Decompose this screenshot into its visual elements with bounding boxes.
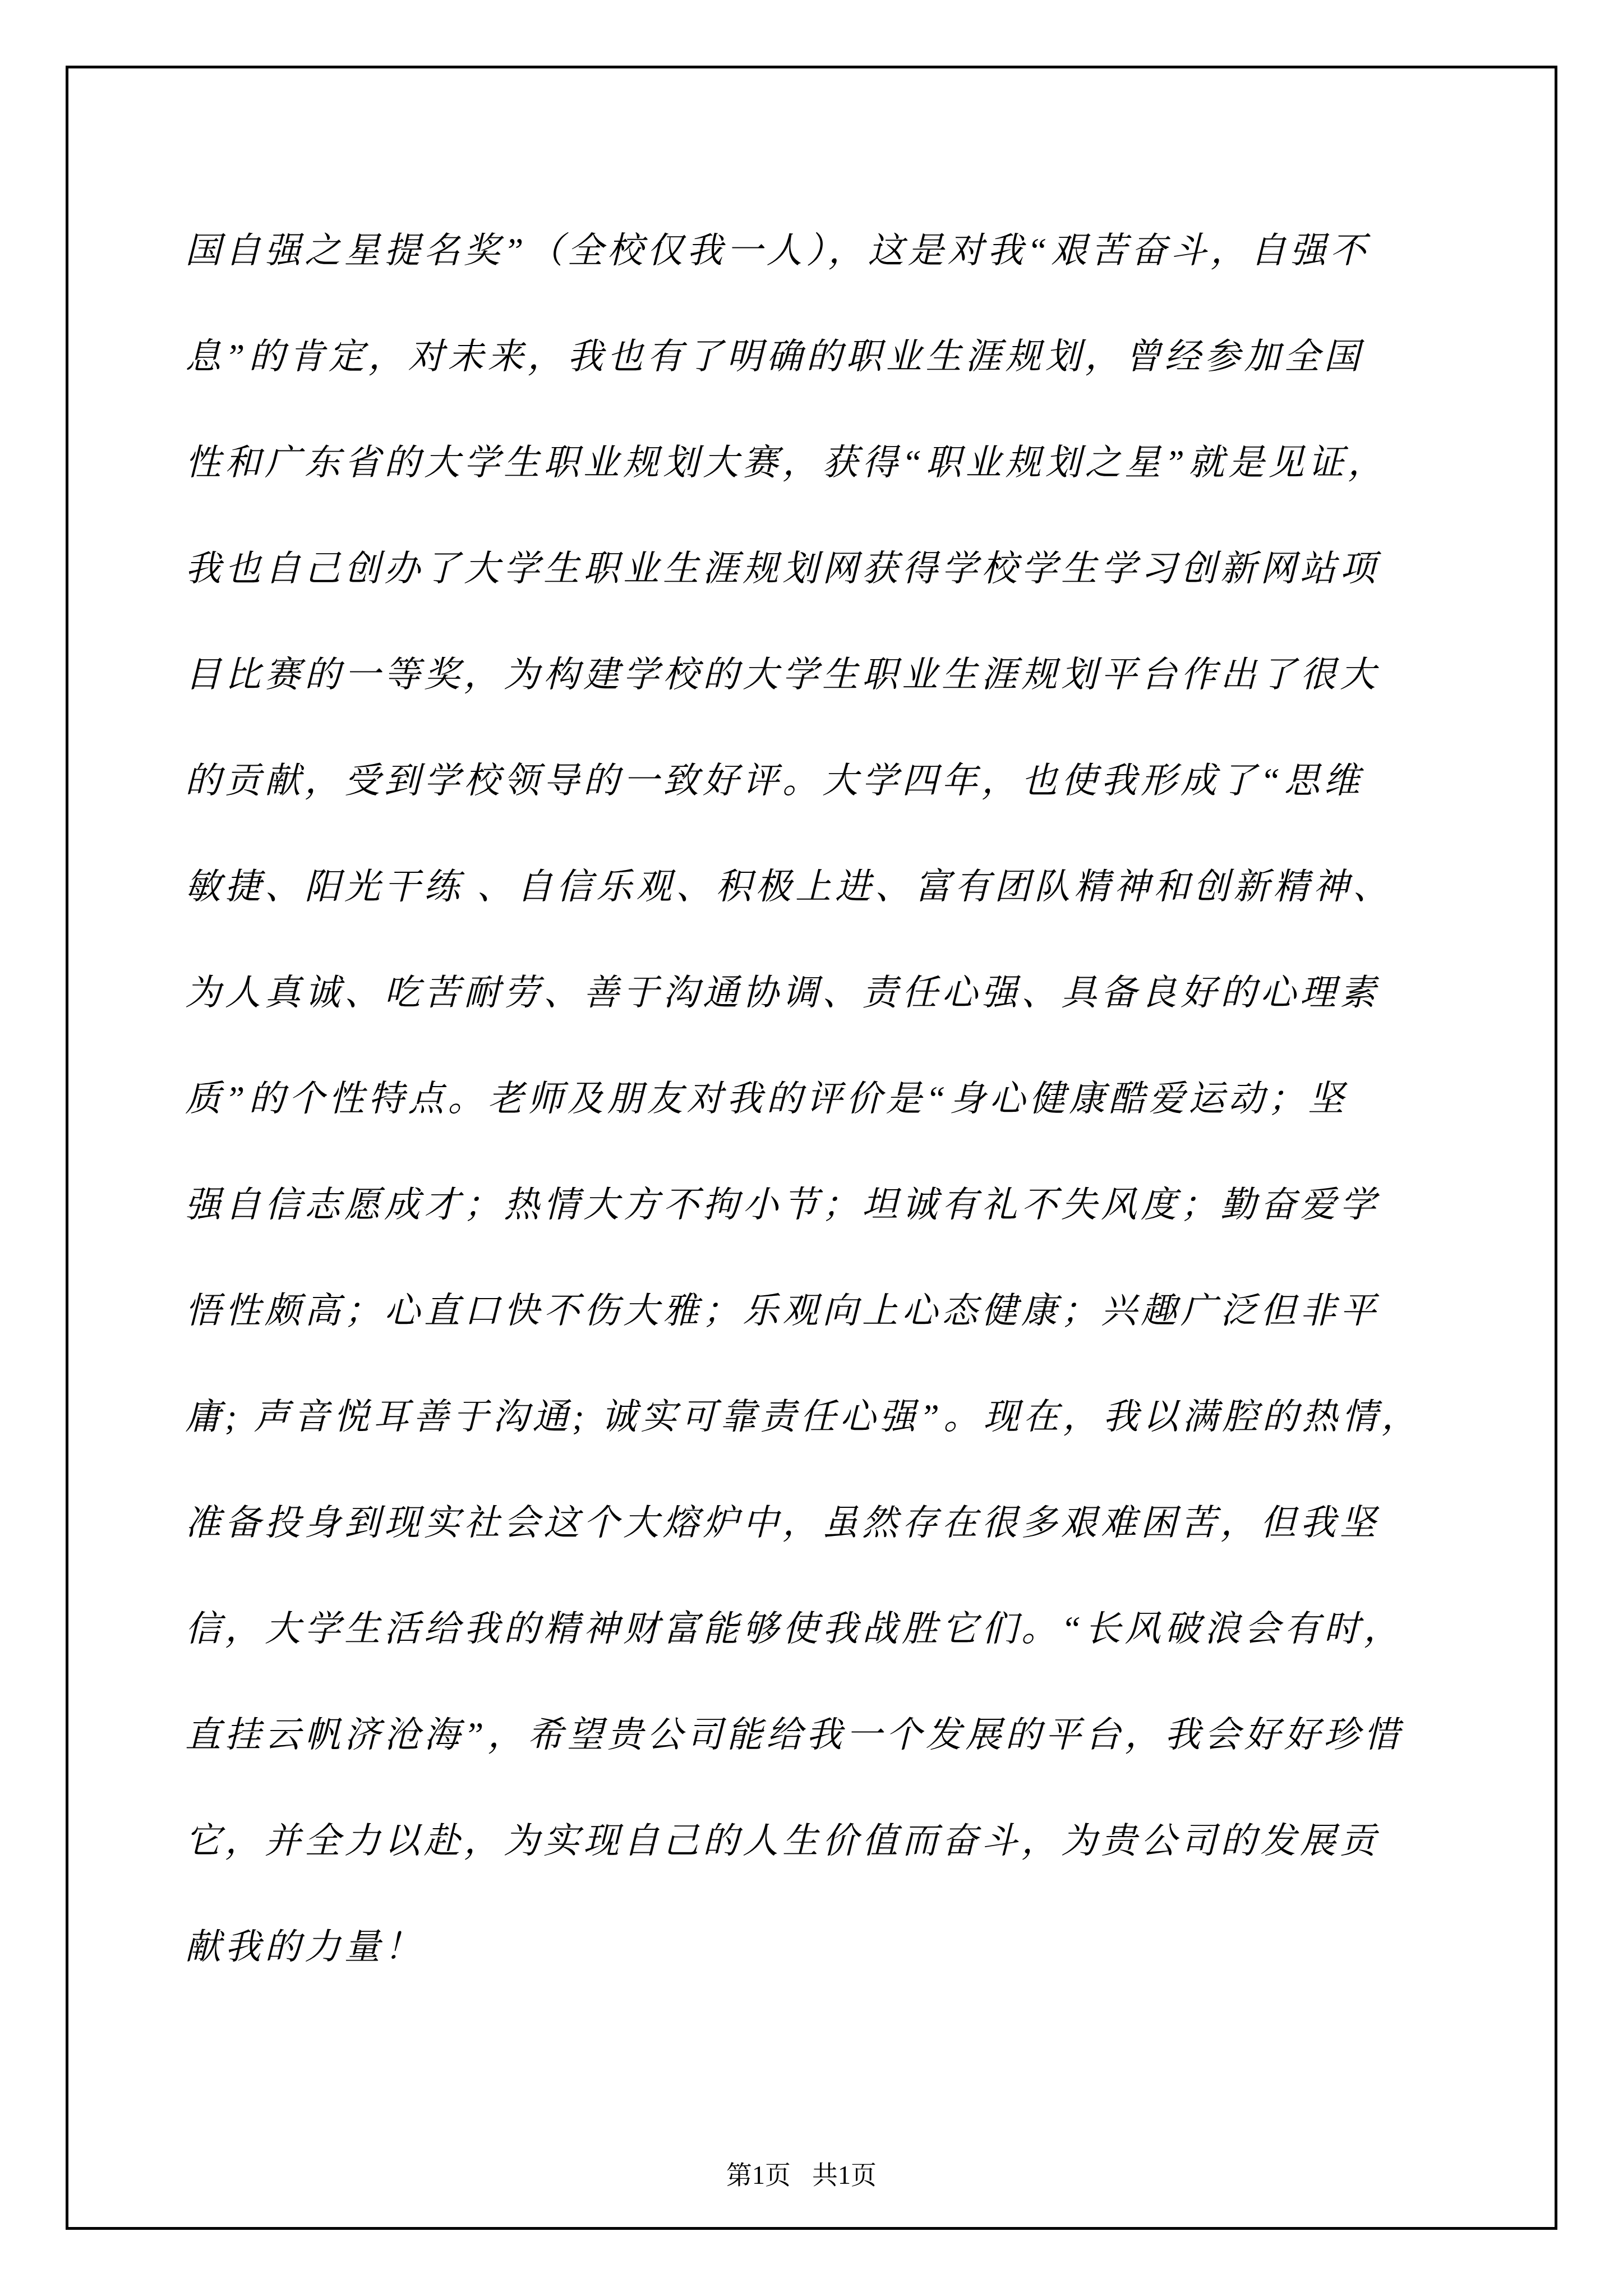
text-line: 性和广东省的大学生职业规划大赛，获得“职业规划之星”就是见证， (185, 409, 1486, 516)
body-text: 国自强之星提名奖”（全校仅我一人），这是对我“艰苦奋斗，自强不 息”的肯定，对未… (185, 197, 1486, 2000)
text-line: 我也自己创办了大学生职业生涯规划网获得学校学生学习创新网站项 (185, 516, 1486, 622)
text-line: 息”的肯定，对未来，我也有了明确的职业生涯规划，曾经参加全国 (185, 303, 1486, 409)
text-line: 庸; 声音悦耳善于沟通; 诚实可靠责任心强”。现在，我以满腔的热情， (185, 1364, 1486, 1470)
text-line: 目比赛的一等奖，为构建学校的大学生职业生涯规划平台作出了很大 (185, 622, 1486, 728)
text-line: 质”的个性特点。老师及朋友对我的评价是“身心健康酷爱运动；坚 (185, 1046, 1486, 1152)
text-line: 准备投身到现实社会这个大熔炉中，虽然存在很多艰难困苦，但我坚 (185, 1470, 1486, 1576)
text-line: 它，并全力以赴，为实现自己的人生价值而奋斗，为贵公司的发展贡 (185, 1788, 1486, 1894)
page-number-indicator: 第1页共1页 (726, 2161, 877, 2189)
text-line: 悟性颇高；心直口快不伤大雅；乐观向上心态健康；兴趣广泛但非平 (185, 1258, 1486, 1364)
text-line: 敏捷、阳光干练 、自信乐观、积极上进、富有团队精神和创新精神、 (185, 834, 1486, 940)
text-line: 国自强之星提名奖”（全校仅我一人），这是对我“艰苦奋斗，自强不 (185, 197, 1486, 303)
text-line: 为人真诚、吃苦耐劳、善于沟通协调、责任心强、具备良好的心理素 (185, 940, 1486, 1046)
text-line: 的贡献，受到学校领导的一致好评。大学四年，也使我形成了“思维 (185, 728, 1486, 834)
text-line: 强自信志愿成才；热情大方不拘小节；坦诚有礼不失风度；勤奋爱学 (185, 1152, 1486, 1258)
total-pages-label: 共1页 (812, 2161, 877, 2189)
document-page: 国自强之星提名奖”（全校仅我一人），这是对我“艰苦奋斗，自强不 息”的肯定，对未… (0, 0, 1623, 2296)
text-line: 信，大学生活给我的精神财富能够使我战胜它们。“长风破浪会有时， (185, 1576, 1486, 1682)
current-page-label: 第1页 (726, 2161, 791, 2189)
page-footer: 第1页共1页 (66, 2125, 1557, 2226)
text-line: 直挂云帆济沧海”，希望贵公司能给我一个发展的平台，我会好好珍惜 (185, 1682, 1486, 1788)
text-line: 献我的力量！ (185, 1894, 1486, 2000)
